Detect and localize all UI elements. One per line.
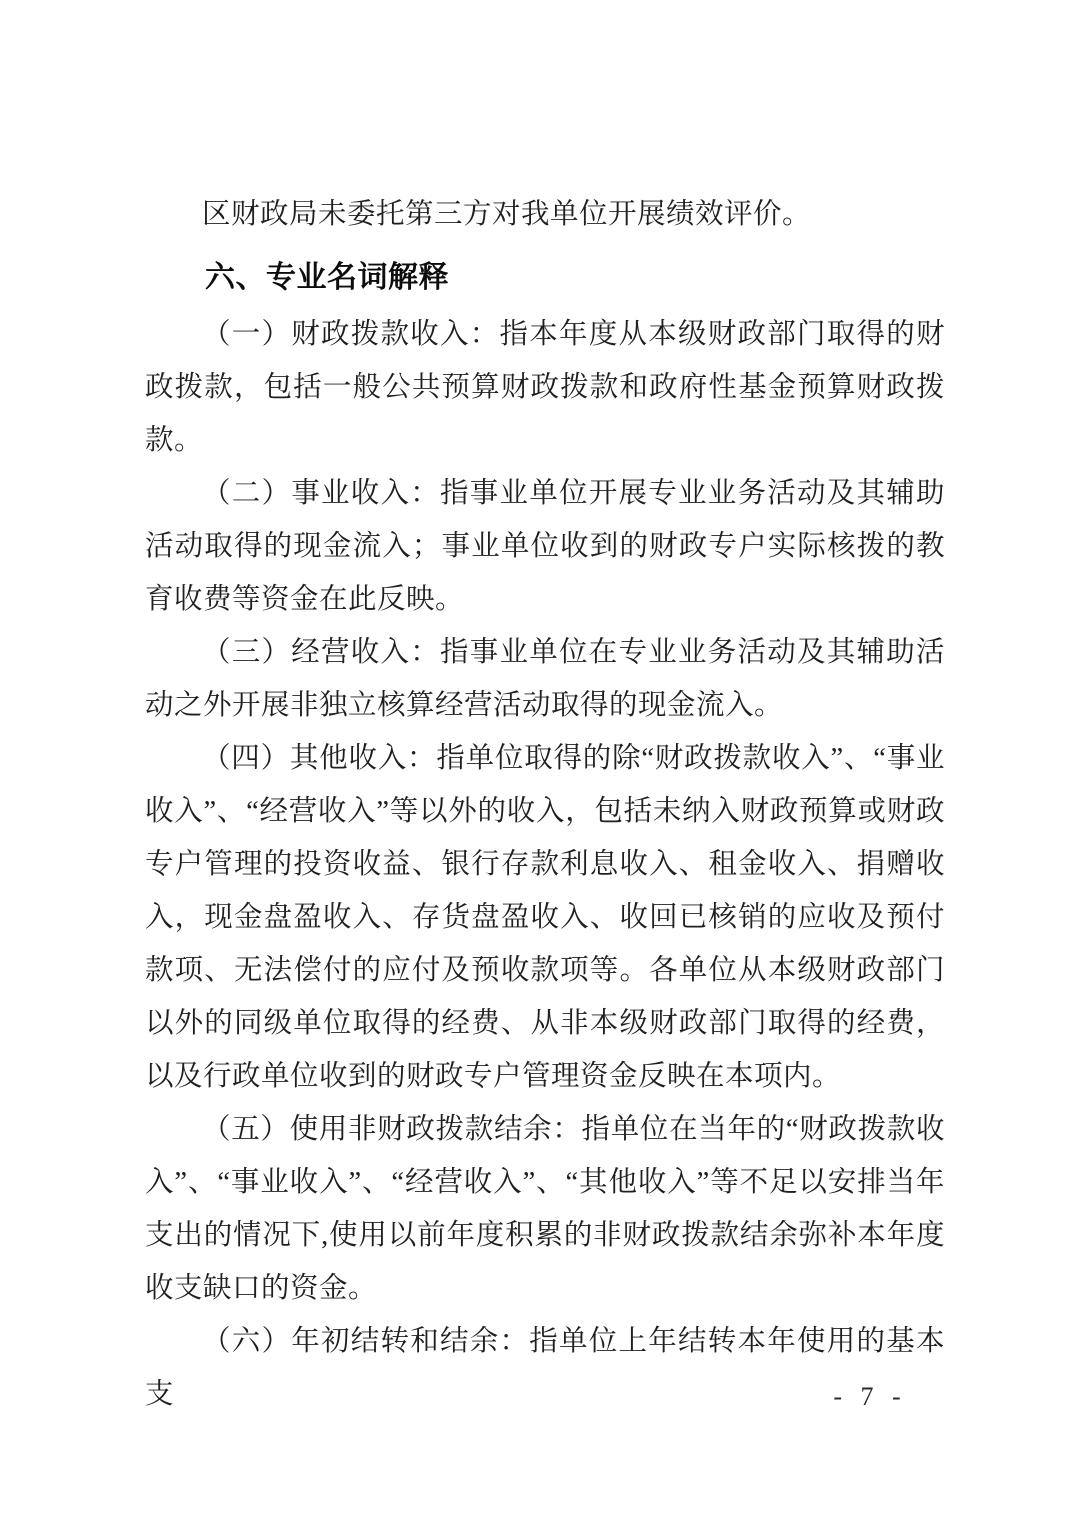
- paragraph: （三）经营收入：指事业单位在专业业务活动及其辅助活动之外开展非独立核算经营活动取…: [145, 626, 945, 732]
- paragraph: （一）财政拨款收入：指本年度从本级财政部门取得的财政拨款，包括一般公共预算财政拨…: [145, 308, 945, 467]
- document-page: 区财政局未委托第三方对我单位开展绩效评价。六、专业名词解释（一）财政拨款收入：指…: [0, 0, 1074, 1520]
- paragraph: （四）其他收入：指单位取得的除“财政拨款收入”、“事业收入”、“经营收入”等以外…: [145, 732, 945, 1103]
- document-body: 区财政局未委托第三方对我单位开展绩效评价。六、专业名词解释（一）财政拨款收入：指…: [145, 188, 945, 1421]
- page-number: - 7 -: [800, 1382, 940, 1412]
- section-heading: 六、专业名词解释: [145, 251, 945, 304]
- paragraph: 区财政局未委托第三方对我单位开展绩效评价。: [145, 188, 945, 241]
- paragraph: （二）事业收入：指事业单位开展专业业务活动及其辅助活动取得的现金流入；事业单位收…: [145, 467, 945, 626]
- paragraph: （五）使用非财政拨款结余：指单位在当年的“财政拨款收入”、“事业收入”、“经营收…: [145, 1103, 945, 1315]
